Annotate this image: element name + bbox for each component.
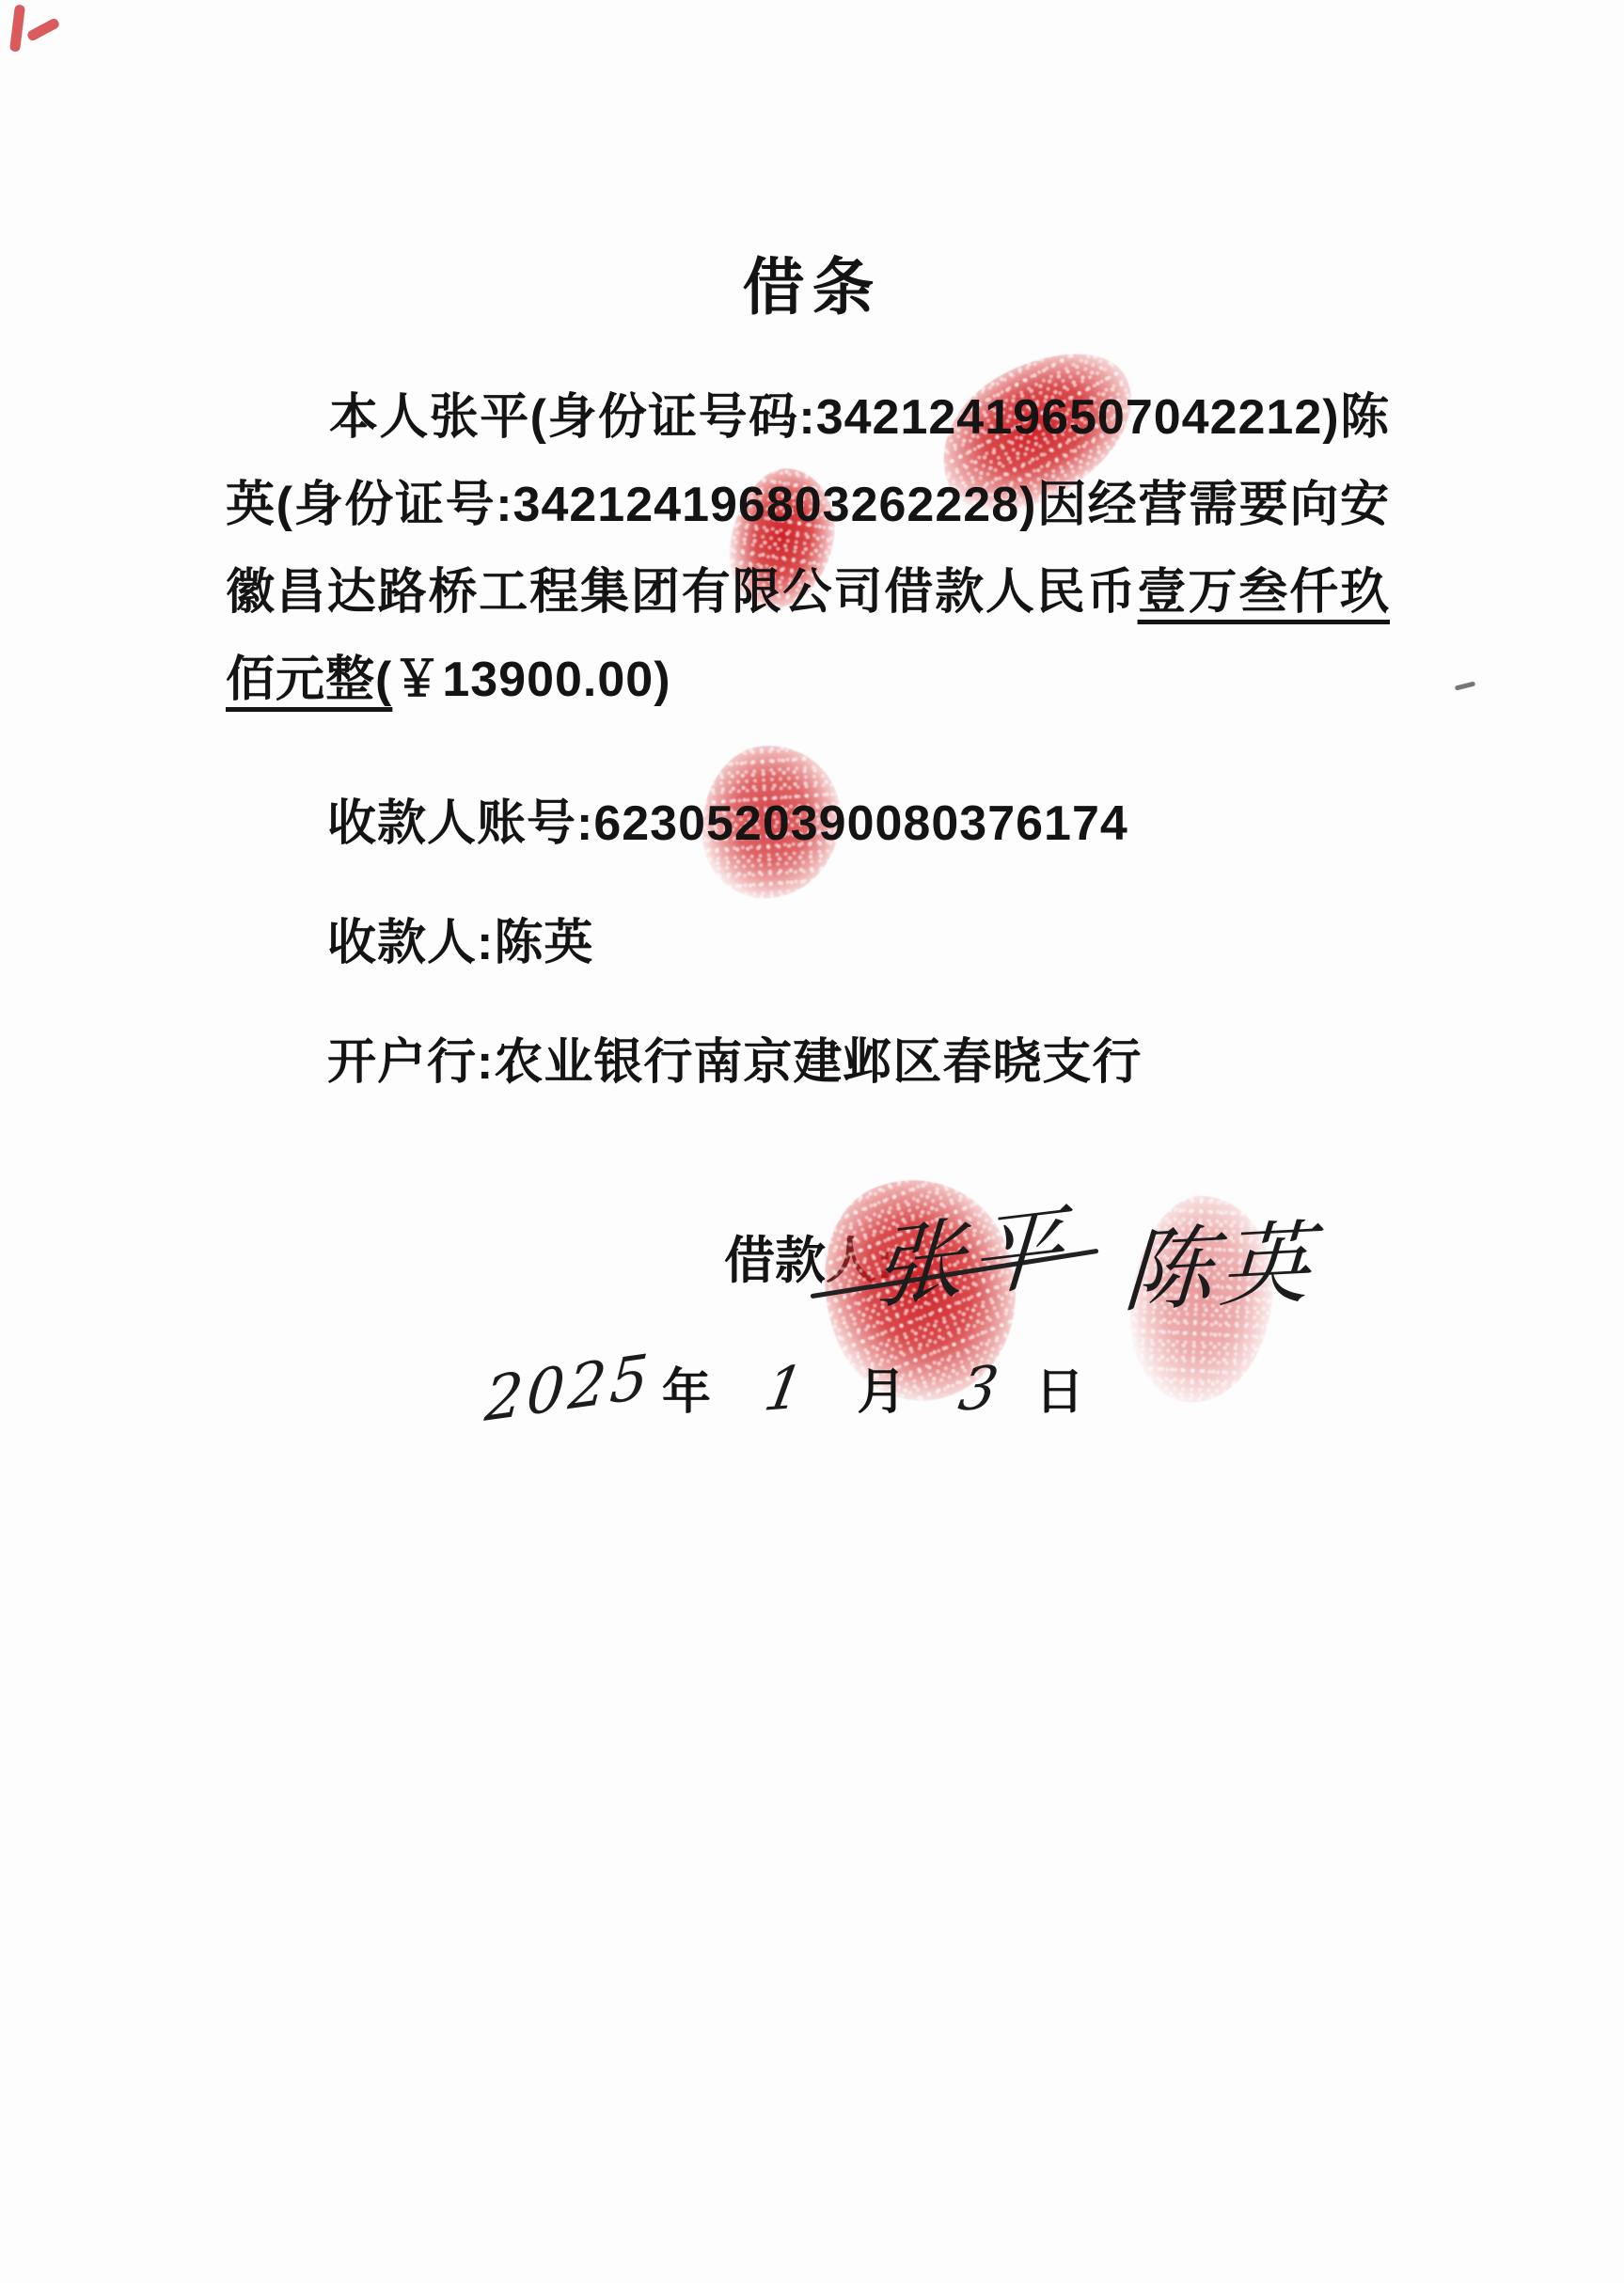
payee-account-line: 收款人账号:6230520390080376174: [327, 783, 1128, 854]
body-line-1: 本人张平(身份证号码:342124196507042212)陈: [226, 374, 1390, 462]
date-day-label: 日: [1035, 1352, 1084, 1423]
scan-speck: [1455, 681, 1476, 690]
body-line-2: 英(身份证号:342124196803262228)因经营需要向安: [226, 462, 1390, 549]
date-year-label: 年: [662, 1352, 711, 1423]
date-month-label: 月: [857, 1352, 906, 1423]
borrower-label: 借款人:: [724, 1220, 893, 1293]
payee-name-line: 收款人:陈英: [327, 903, 593, 973]
red-corner-mark-horizontal: [26, 17, 61, 42]
bank-branch-line: 开户行:农业银行南京建邺区春晓支行: [327, 1022, 1142, 1093]
signature-chenying: 陈英: [1120, 1191, 1319, 1330]
date-year-handwritten: 2025: [482, 1342, 654, 1436]
date-day-handwritten: 3: [954, 1352, 1003, 1425]
signature-zhangping: 张平: [870, 1175, 1071, 1327]
amount-numeric: ￥13900.00): [392, 653, 670, 707]
amount-in-words-part2: 佰元整(: [226, 653, 392, 707]
body-line-3: 徽昌达路桥工程集团有限公司借款人民币壹万叁仟玖: [226, 549, 1390, 637]
date-month-handwritten: 1: [759, 1352, 808, 1425]
date-line: 2025年1月3日: [484, 1352, 1084, 1424]
body-line-4: 佰元整(￥13900.00): [226, 637, 1390, 724]
document-title: 借条: [0, 237, 1624, 326]
red-corner-mark-vertical: [9, 5, 25, 53]
body-paragraph: 本人张平(身份证号码:342124196507042212)陈 英(身份证号:3…: [226, 374, 1390, 724]
loan-note-page: 借条 本人张平(身份证号码:342124196507042212)陈 英(身份证…: [0, 0, 1624, 2283]
amount-in-words-part1: 壹万叁仟玖: [1138, 565, 1390, 620]
body-line-3-text: 徽昌达路桥工程集团有限公司借款人民币: [226, 565, 1138, 620]
